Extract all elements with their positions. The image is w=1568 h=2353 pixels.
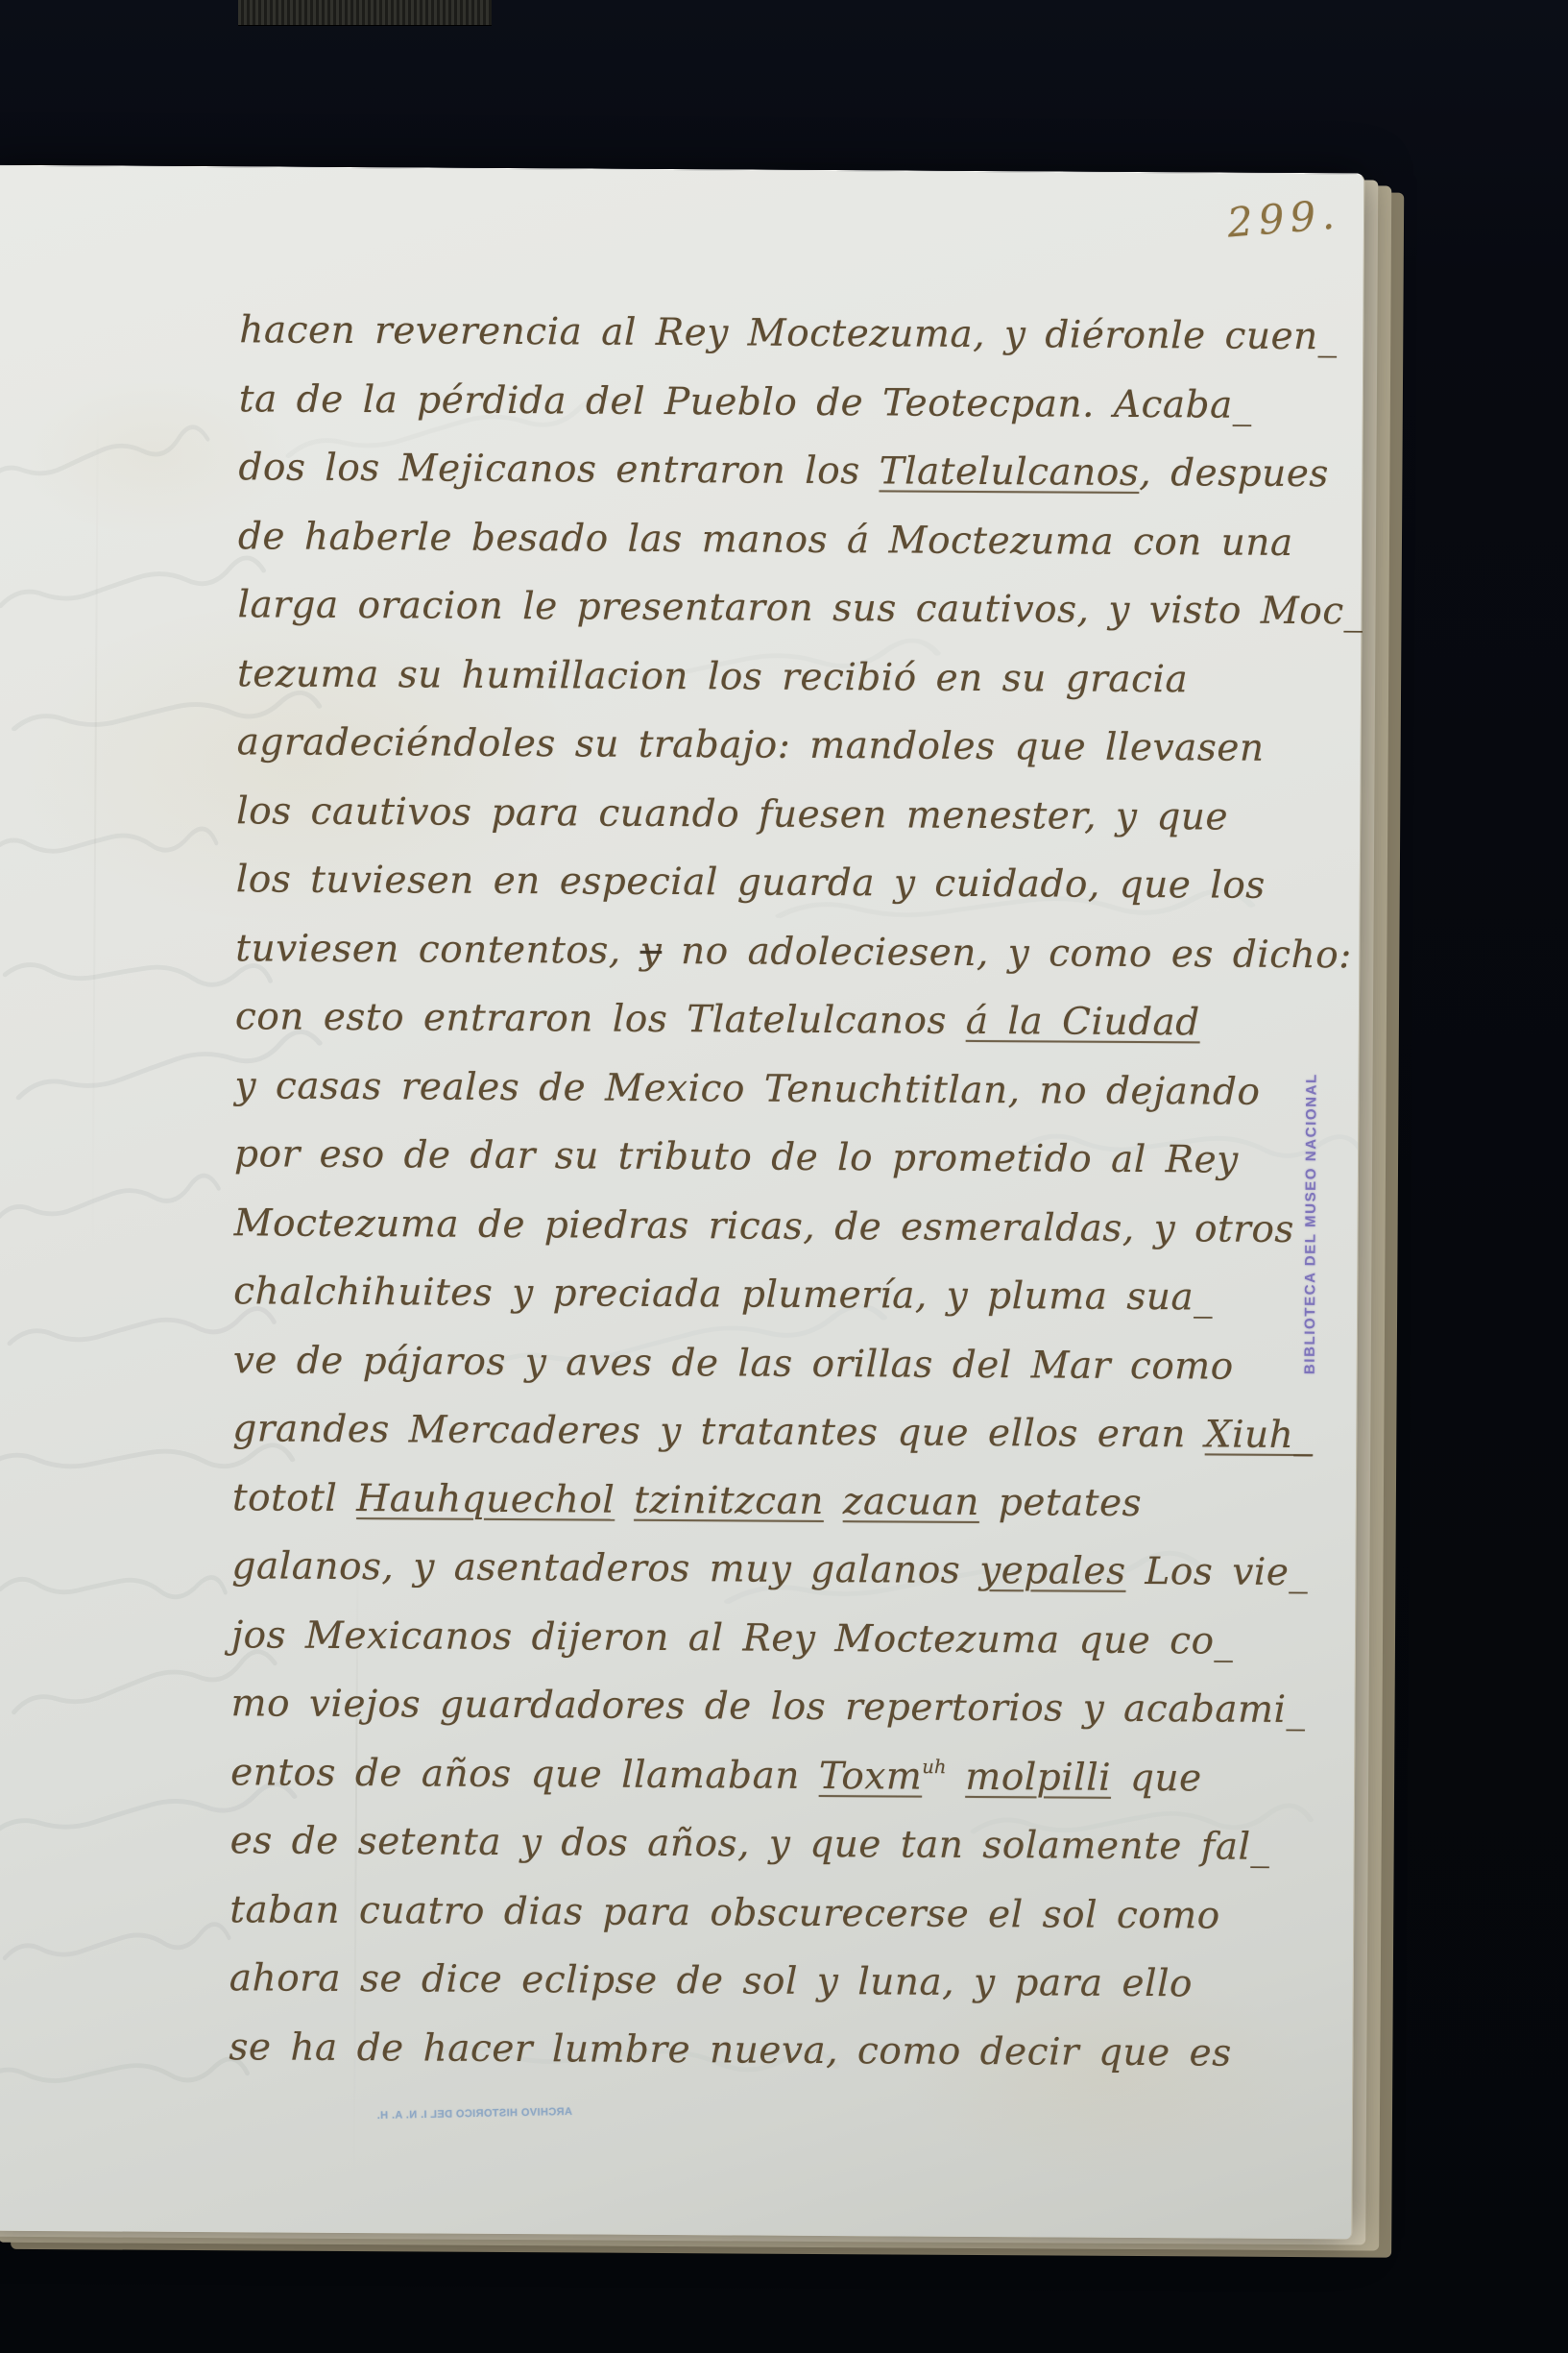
manuscript-word-segment: se ha de hacer lumbre nueva, como decir … bbox=[229, 2026, 1232, 2074]
manuscript-line: tototl Hauhquechol tzinitzcan zacuan pet… bbox=[232, 1464, 1337, 1540]
manuscript-word-segment: con esto entraron los Tlatelulcanos bbox=[235, 995, 966, 1043]
stamp-archivo-historico-inah: ARCHIVO HISTORICO DEL I. N. A. H. bbox=[390, 2103, 572, 2124]
manuscript-line: galanos, y asentaderos muy galanos yepal… bbox=[231, 1532, 1336, 1608]
manuscript-word-segment bbox=[615, 1478, 634, 1521]
manuscript-word-segment: petates bbox=[979, 1480, 1142, 1524]
manuscript-word-segment: molpilli bbox=[965, 1755, 1111, 1799]
manuscript-line: los tuviesen en especial guarda y cuidad… bbox=[236, 845, 1340, 921]
manuscript-word-segment: por eso de dar su tributo de lo prometid… bbox=[234, 1132, 1239, 1181]
manuscript-word-segment: larga oracion le presentaron sus cautivo… bbox=[237, 583, 1363, 633]
manuscript-word-segment: jos Mexicanos dijeron al Rey Moctezuma q… bbox=[231, 1613, 1234, 1662]
manuscript-line: entos de años que llamaban Toxmuh molpil… bbox=[230, 1738, 1335, 1814]
manuscript-word-segment: uh bbox=[922, 1733, 947, 1802]
manuscript-line: dos los Mejicanos entraron los Tlatelulc… bbox=[238, 433, 1342, 509]
manuscript-line: ta de la pérdida del Pueblo de Teotecpan… bbox=[239, 365, 1343, 441]
manuscript-line: con esto entraron los Tlatelulcanos á la… bbox=[235, 982, 1339, 1058]
manuscript-word-segment: los cautivos para cuando fuesen menester… bbox=[236, 789, 1228, 838]
manuscript-word-segment: tototl bbox=[232, 1476, 357, 1520]
scan-photo: { "page": { "number": "299.", "lines": [… bbox=[0, 0, 1568, 2353]
manuscript-line: chalchihuites y preciada plumería, y plu… bbox=[233, 1257, 1338, 1333]
manuscript-line: Moctezuma de piedras ricas, de esmeralda… bbox=[233, 1189, 1338, 1265]
manuscript-line: tuviesen contentos, y no adoleciesen, y … bbox=[235, 914, 1339, 990]
manuscript-line: ve de pájaros y aves de las orillas del … bbox=[233, 1326, 1338, 1402]
manuscript-word-segment: grandes Mercaderes y tratantes que ellos… bbox=[232, 1407, 1205, 1456]
manuscript-word-segment: ahora se dice eclipse de sol y luna, y p… bbox=[229, 1956, 1193, 2005]
manuscript-word-segment: y bbox=[640, 929, 663, 972]
manuscript-word-segment: , despues bbox=[1139, 451, 1329, 496]
manuscript-line: se ha de hacer lumbre nueva, como decir … bbox=[229, 2013, 1333, 2089]
manuscript-line: taban cuatro dias para obscurecerse el s… bbox=[229, 1876, 1334, 1952]
manuscript-line: ahora se dice eclipse de sol y luna, y p… bbox=[229, 1944, 1334, 2020]
manuscript-line: es de setenta y dos años, y que tan sola… bbox=[229, 1807, 1334, 1882]
manuscript-line: los cautivos para cuando fuesen menester… bbox=[236, 777, 1340, 853]
manuscript-word-segment: que bbox=[1111, 1756, 1202, 1800]
manuscript-word-segment: Xiuh_ bbox=[1205, 1413, 1314, 1457]
page-number: 299. bbox=[1226, 194, 1342, 243]
manuscript-word-segment: Hauhquechol bbox=[356, 1477, 615, 1522]
stamp-biblioteca-museo-nacional: BIBLIOTECA DEL MUSEO NACIONAL bbox=[1300, 1096, 1323, 1374]
manuscript-word-segment: á la Ciudad bbox=[966, 1000, 1200, 1044]
manuscript-page: 299. hacen reverencia al Rey Moctezuma, … bbox=[0, 165, 1364, 2240]
manuscript-word-segment: Tlatelulcanos bbox=[879, 449, 1139, 495]
manuscript-line: grandes Mercaderes y tratantes que ellos… bbox=[232, 1395, 1337, 1470]
manuscript-word-segment: zacuan bbox=[843, 1480, 979, 1524]
manuscript-word-segment: chalchihuites y preciada plumería, y plu… bbox=[233, 1270, 1213, 1319]
manuscript-word-segment: hacen reverencia al Rey Moctezuma, y dié… bbox=[239, 308, 1338, 358]
manuscript-word-segment: agradeciéndoles su trabajo: mandoles que… bbox=[237, 720, 1265, 770]
manuscript-word-segment: ta de la pérdida del Pueblo de Teotecpan… bbox=[239, 377, 1252, 426]
manuscript-text: hacen reverencia al Rey Moctezuma, y dié… bbox=[229, 296, 1343, 2088]
manuscript-line: por eso de dar su tributo de lo prometid… bbox=[234, 1120, 1339, 1196]
manuscript-word-segment: yepales bbox=[979, 1549, 1126, 1593]
fold-crease bbox=[91, 397, 98, 1261]
manuscript-line: agradeciéndoles su trabajo: mandoles que… bbox=[236, 708, 1340, 784]
binding-fabric-strip bbox=[238, 0, 492, 26]
manuscript-word-segment: los tuviesen en especial guarda y cuidad… bbox=[236, 858, 1266, 908]
manuscript-word-segment: taban cuatro dias para obscurecerse el s… bbox=[229, 1888, 1220, 1937]
manuscript-word-segment: Los vie_ bbox=[1125, 1550, 1308, 1594]
manuscript-line: larga oracion le presentaron sus cautivo… bbox=[237, 570, 1341, 646]
manuscript-line: tezuma su humillacion los recibió en su … bbox=[237, 640, 1341, 716]
manuscript-line: y casas reales de Mexico Tenuchtitlan, n… bbox=[234, 1052, 1339, 1128]
manuscript-word-segment: ve de pájaros y aves de las orillas del … bbox=[233, 1339, 1234, 1388]
manuscript-word-segment: dos los Mejicanos entraron los bbox=[238, 446, 879, 493]
manuscript-word-segment: mo viejos guardadores de los repertorios… bbox=[230, 1682, 1305, 1732]
manuscript-line: mo viejos guardadores de los repertorios… bbox=[230, 1669, 1335, 1745]
manuscript-word-segment: entos de años que llamaban bbox=[230, 1751, 819, 1798]
manuscript-word-segment bbox=[946, 1755, 965, 1798]
manuscript-line: jos Mexicanos dijeron al Rey Moctezuma q… bbox=[231, 1601, 1336, 1677]
manuscript-word-segment: Moctezuma de piedras ricas, de esmeralda… bbox=[234, 1201, 1295, 1251]
manuscript-word-segment: de haberle besado las manos á Moctezuma … bbox=[238, 515, 1293, 565]
manuscript-word-segment: Toxm bbox=[819, 1754, 923, 1798]
manuscript-word-segment: y casas reales de Mexico Tenuchtitlan, n… bbox=[234, 1064, 1260, 1114]
manuscript-line: de haberle besado las manos á Moctezuma … bbox=[238, 502, 1342, 578]
manuscript-word-segment bbox=[824, 1480, 843, 1523]
manuscript-word-segment: no adoleciesen, y como es dicho: bbox=[662, 929, 1352, 976]
manuscript-line: hacen reverencia al Rey Moctezuma, y dié… bbox=[239, 296, 1343, 372]
manuscript-word-segment: tezuma su humillacion los recibió en su … bbox=[237, 652, 1188, 701]
manuscript-word-segment: tuviesen contentos, bbox=[235, 927, 640, 973]
manuscript-word-segment: tzinitzcan bbox=[634, 1478, 824, 1522]
manuscript-word-segment: es de setenta y dos años, y que tan sola… bbox=[230, 1819, 1270, 1869]
manuscript-word-segment: galanos, y asentaderos muy galanos bbox=[231, 1544, 979, 1592]
